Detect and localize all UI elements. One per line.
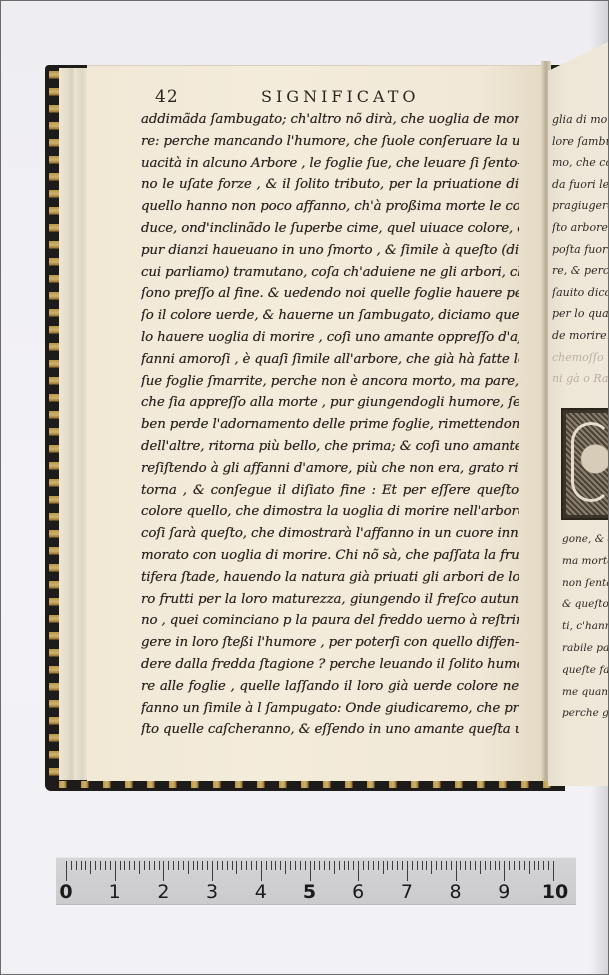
ruler-tick [178, 861, 179, 870]
ruler-tick [202, 861, 203, 870]
right-page-text-top: glia di morirelore ſambugatmo, che con f… [552, 109, 609, 390]
ruler-tick [115, 861, 116, 881]
ruler-label: 9 [498, 881, 510, 903]
ruler-tick [173, 861, 174, 870]
text-line: ben perde l'adornamento delle prime fogl… [141, 414, 519, 436]
ruler-tick [217, 861, 218, 870]
ruler-tick [212, 861, 213, 881]
right-text-line: queſte falſ [562, 660, 609, 682]
ruler-tick [358, 861, 359, 881]
ruler-tick [534, 861, 535, 870]
ruler-tick [514, 861, 515, 870]
ruler-tick [310, 861, 311, 881]
right-text-line: glia di morire [552, 109, 609, 131]
page-number: 42 [155, 87, 179, 107]
ruler-tick [329, 861, 330, 870]
right-text-line: me quanta [562, 682, 609, 704]
text-line: che ſia appreſſo alla morte , pur giunge… [141, 392, 519, 414]
right-text-line: perche gu [562, 703, 609, 725]
ruler-label: 7 [401, 881, 413, 903]
ruler-tick [129, 861, 130, 870]
ruler-tick [509, 861, 510, 870]
text-line: coſi ſarà queſto, che dimostrarà l'affan… [141, 523, 519, 545]
ruler-tick [543, 861, 544, 870]
right-text-line: mo, che con fa [552, 152, 609, 174]
text-line: fanni amoroſi , è quaſi ſimile all'arbor… [141, 349, 519, 371]
text-line: no , quei cominciano p la paura del fred… [141, 610, 519, 632]
right-text-line: ma morte. [562, 551, 609, 573]
ruler-tick [90, 861, 91, 874]
text-line: addimãda ſambugato; ch'altro nõ dirà, ch… [141, 109, 519, 131]
ruler-tick [159, 861, 160, 870]
ruler-label: 10 [542, 881, 568, 903]
ruler-tick [120, 861, 121, 870]
text-line: ſo il colore uerde, & hauerne un ſambuga… [141, 305, 519, 327]
ruler-label: 8 [450, 881, 462, 903]
right-text-line: de morire. [552, 325, 609, 347]
text-line: reſiſtendo à gli affanni d'amore, più ch… [141, 458, 519, 480]
ruler-tick [436, 861, 437, 870]
right-text-line: poſta fuori le [552, 239, 609, 261]
right-text-line-showthrough: chemoſſo [552, 347, 609, 369]
ruler-tick [85, 861, 86, 870]
ruler-tick [422, 861, 423, 870]
ruler-tick [426, 861, 427, 870]
text-line: uacità in alcuno Arbore , le foglie ſue,… [141, 153, 519, 175]
text-line: tifera ſtade, hauendo la natura già priu… [141, 567, 519, 589]
right-text-line: ti, c'hanno [562, 616, 609, 638]
ruler-tick [266, 861, 267, 870]
ruler-tick [334, 861, 335, 874]
ruler-tick [475, 861, 476, 870]
ruler-tick [76, 861, 77, 870]
running-head: 42 SIGNIFICATO [141, 87, 519, 109]
text-line: colore quello, che dimostra la uoglia di… [141, 501, 519, 523]
text-line: re alle foglie , quelle laſſando il loro… [141, 676, 519, 698]
text-line: dere dalla fredda ſtagione ? perche leua… [141, 654, 519, 676]
ruler-tick [285, 861, 286, 874]
ruler-tick [280, 861, 281, 870]
ruler-tick [470, 861, 471, 870]
ruler-tick [275, 861, 276, 870]
ruler-tick [110, 861, 111, 870]
text-line: ſue foglie ſmarrite, perche non è ancora… [141, 371, 519, 393]
ruler-label: 3 [206, 881, 218, 903]
ruler-tick [314, 861, 315, 870]
gilt-border-left [49, 71, 59, 781]
text-line: no le uſate forze , & il ſolito tributo,… [141, 174, 519, 196]
right-text-line: & queſto ſ [562, 594, 609, 616]
ruler-tick [524, 861, 525, 870]
text-line: ro frutti per la loro maturezza, giungen… [141, 589, 519, 611]
ruler-labels: 012345678910 [56, 881, 576, 905]
text-line: fanno un ſimile à l ſampugato: Onde giud… [141, 698, 519, 720]
ruler-tick [383, 861, 384, 874]
running-head-title: SIGNIFICATO [261, 87, 420, 106]
ruler-label: 0 [59, 881, 72, 903]
ruler-tick [207, 861, 208, 870]
ruler-tick [495, 861, 496, 870]
ruler-tick [402, 861, 403, 870]
text-lines: addimãda ſambugato; ch'altro nõ dirà, ch… [141, 109, 519, 741]
ruler-tick [251, 861, 252, 870]
text-line: dell'altre, ritorna più bello, che prima… [141, 436, 519, 458]
ruler-tick [480, 861, 481, 874]
ruler-tick [271, 861, 272, 870]
right-text-line: ſto arbore hà [552, 217, 609, 239]
ruler-tick [392, 861, 393, 870]
text-line: duce, ond'inclinãdo le ſuperbe cime, que… [141, 218, 519, 240]
ruler-label: 5 [303, 881, 316, 903]
ruler-tick [222, 861, 223, 870]
ruler-tick [538, 861, 539, 870]
ruler-label: 1 [109, 881, 121, 903]
ruler-tick [412, 861, 413, 870]
text-line: ſono preſſo al fine. & uedendo noi quell… [141, 283, 519, 305]
ruler-tick [163, 861, 164, 881]
text-line: cui parliamo) tramutano, coſa ch'aduiene… [141, 262, 519, 284]
initial-letter-c [571, 422, 609, 502]
ruler-tick [188, 861, 189, 874]
ruler-tick [397, 861, 398, 870]
woodcut-initial [561, 408, 609, 520]
ruler-tick [193, 861, 194, 870]
ruler-tick [295, 861, 296, 870]
ruler-tick [441, 861, 442, 870]
ruler-tick [548, 861, 549, 870]
ruler-tick [227, 861, 228, 870]
ruler-tick [246, 861, 247, 870]
right-text-line: pragiugere co [552, 195, 609, 217]
ruler-tick [124, 861, 125, 870]
ruler-tick [139, 861, 140, 874]
ruler-tick [348, 861, 349, 870]
ruler-tick [431, 861, 432, 874]
ruler-tick [553, 861, 554, 881]
ruler-label: 2 [157, 881, 169, 903]
ruler-tick [373, 861, 374, 870]
right-text-line: non ſenta [562, 573, 609, 595]
text-line: lo hauere uoglia di morire , coſi uno am… [141, 327, 519, 349]
ruler-tick [324, 861, 325, 870]
ruler-tick [519, 861, 520, 870]
ruler-tick [71, 861, 72, 870]
page-edges [59, 68, 89, 780]
ruler-label: 4 [255, 881, 267, 903]
ruler-tick [504, 861, 505, 881]
right-text-line: per lo qual co [552, 303, 609, 325]
scale-ruler: 012345678910 [56, 857, 576, 905]
ruler-tick [417, 861, 418, 870]
text-line: morato con uoglia di morire. Chi nõ sà, … [141, 545, 519, 567]
ruler-tick [460, 861, 461, 870]
ruler-tick [339, 861, 340, 870]
right-text-line-showthrough: ni gà o Ra [552, 368, 609, 390]
ruler-tick [236, 861, 237, 874]
ruler-tick [81, 861, 82, 870]
ruler-tick [378, 861, 379, 870]
text-line: torna , & conſegue il diſiato fine : Et … [141, 480, 519, 502]
ruler-tick [407, 861, 408, 881]
ruler-tick [261, 861, 262, 881]
ruler-tick [168, 861, 169, 870]
ruler-tick [499, 861, 500, 870]
ruler-tick [387, 861, 388, 870]
right-page-text-bottom: gone, & àma morte.non ſenta& queſto ſti,… [562, 529, 609, 725]
ruler-tick [66, 861, 67, 881]
ruler-tick [256, 861, 257, 870]
right-text-line: da fuori le ſue [552, 174, 609, 196]
ruler-tick [149, 861, 150, 870]
right-text-line: lore ſambugat [552, 131, 609, 153]
ruler-tick [144, 861, 145, 870]
ruler-tick [529, 861, 530, 874]
ruler-tick [134, 861, 135, 870]
ruler-tick [197, 861, 198, 870]
text-line: quello hanno non poco affanno, ch'à proß… [141, 196, 519, 218]
ruler-tick [353, 861, 354, 870]
ruler-tick [344, 861, 345, 870]
right-text-line: ſauito diccu [552, 282, 609, 304]
text-line: pur dianzi haueuano in uno ſmorto , & ſi… [141, 240, 519, 262]
ruler-tick [368, 861, 369, 870]
ruler-tick [446, 861, 447, 870]
ruler-tick [456, 861, 457, 881]
right-text-line: rabile paſſ [562, 638, 609, 660]
text-line: gere in loro ſteßi l'humore , per poterſ… [141, 632, 519, 654]
text-line: ſto quelle caſcheranno, & eſſendo in uno… [141, 719, 519, 741]
ruler-tick [241, 861, 242, 870]
ruler-tick [290, 861, 291, 870]
right-text-line: re, & perch [552, 260, 609, 282]
ruler-label: 6 [352, 881, 364, 903]
ruler-tick [105, 861, 106, 870]
ruler-tick [485, 861, 486, 870]
right-text-line: gone, & à [562, 529, 609, 551]
ruler-tick [95, 861, 96, 870]
ruler-tick [490, 861, 491, 870]
ruler-ticks [66, 861, 553, 883]
ruler-tick [232, 861, 233, 870]
ruler-tick [319, 861, 320, 870]
ruler-tick [154, 861, 155, 870]
gilt-border-bottom [59, 781, 565, 788]
ruler-tick [451, 861, 452, 870]
ruler-tick [183, 861, 184, 870]
ruler-tick [305, 861, 306, 870]
ruler-tick [465, 861, 466, 870]
ruler-tick [300, 861, 301, 870]
ruler-tick [100, 861, 101, 870]
text-line: re: perche mancando l'humore, che ſuole … [141, 131, 519, 153]
ruler-tick [363, 861, 364, 870]
left-page-text: 42 SIGNIFICATO addimãda ſambugato; ch'al… [141, 87, 519, 741]
